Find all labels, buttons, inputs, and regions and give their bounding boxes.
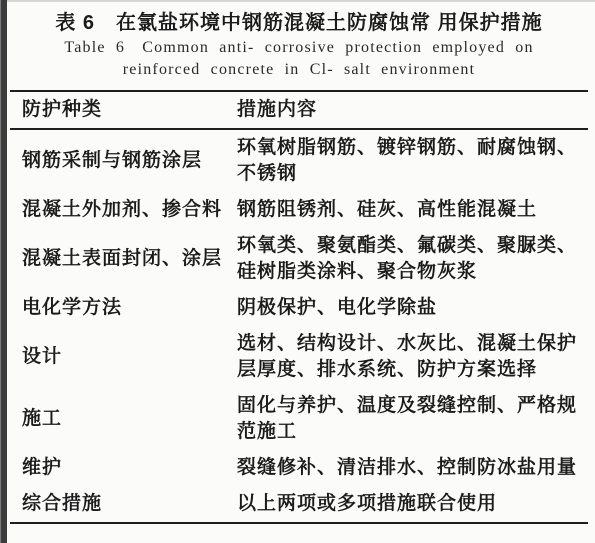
table-caption-en-line2: reinforced concrete in Cl- salt environm… (10, 59, 588, 81)
table-row: 施工固化与养护、温度及裂缝控制、严格规范施工 (10, 388, 588, 450)
scanned-page: { "title": { "zh": "表 6 在氯盐环境中钢筋混凝土防腐蚀常 … (0, 0, 595, 543)
protection-type-cell: 施工 (10, 388, 237, 450)
table-row: 电化学方法阴极保护、电化学除盐 (10, 290, 588, 326)
table-body: 钢筋采制与钢筋涂层环氧树脂钢筋、镀锌钢筋、耐腐蚀钢、不锈钢混凝土外加剂、掺合料钢… (10, 129, 588, 523)
header-protection-type: 防护种类 (10, 91, 237, 129)
protection-type-cell: 综合措施 (10, 486, 237, 523)
measures-cell: 钢筋阻锈剂、硅灰、高性能混凝土 (237, 192, 588, 228)
table-block: 表 6 在氯盐环境中钢筋混凝土防腐蚀常 用保护措施 Table 6 Common… (10, 6, 588, 524)
protection-type-cell: 混凝土表面封闭、涂层 (10, 228, 237, 290)
protection-type-cell: 混凝土外加剂、掺合料 (10, 192, 237, 228)
table-header: 防护种类 措施内容 (10, 91, 588, 129)
measures-cell: 以上两项或多项措施联合使用 (237, 486, 588, 523)
measures-cell: 阴极保护、电化学除盐 (237, 290, 588, 326)
table-caption-en-line1: Table 6 Common anti- corrosive protectio… (10, 37, 588, 59)
table-row: 综合措施以上两项或多项措施联合使用 (10, 486, 588, 523)
table-row: 混凝土外加剂、掺合料钢筋阻锈剂、硅灰、高性能混凝土 (10, 192, 588, 228)
table-row: 钢筋采制与钢筋涂层环氧树脂钢筋、镀锌钢筋、耐腐蚀钢、不锈钢 (10, 129, 588, 192)
scan-artifact-left-bar (0, 0, 7, 543)
measures-cell: 固化与养护、温度及裂缝控制、严格规范施工 (237, 388, 588, 450)
scan-artifact-top-edge (0, 0, 595, 2)
measures-cell: 裂缝修补、清洁排水、控制防冰盐用量 (237, 450, 588, 486)
protection-type-cell: 维护 (10, 450, 237, 486)
table-caption-zh: 表 6 在氯盐环境中钢筋混凝土防腐蚀常 用保护措施 (10, 10, 588, 37)
table-row: 混凝土表面封闭、涂层环氧类、聚氨酯类、氟碳类、聚脲类、硅树脂类涂料、聚合物灰浆 (10, 228, 588, 290)
table-row: 设计选材、结构设计、水灰比、混凝土保护层厚度、排水系统、防护方案选择 (10, 326, 588, 388)
table-header-row: 防护种类 措施内容 (10, 91, 588, 129)
header-measures: 措施内容 (237, 91, 588, 129)
protection-type-cell: 电化学方法 (10, 290, 237, 326)
protection-type-cell: 钢筋采制与钢筋涂层 (10, 129, 237, 192)
measures-cell: 环氧类、聚氨酯类、氟碳类、聚脲类、硅树脂类涂料、聚合物灰浆 (237, 228, 588, 290)
table-row: 维护裂缝修补、清洁排水、控制防冰盐用量 (10, 450, 588, 486)
measures-cell: 选材、结构设计、水灰比、混凝土保护层厚度、排水系统、防护方案选择 (237, 326, 588, 388)
measures-cell: 环氧树脂钢筋、镀锌钢筋、耐腐蚀钢、不锈钢 (237, 129, 588, 192)
protection-measures-table: 防护种类 措施内容 钢筋采制与钢筋涂层环氧树脂钢筋、镀锌钢筋、耐腐蚀钢、不锈钢混… (10, 90, 588, 524)
protection-type-cell: 设计 (10, 326, 237, 388)
